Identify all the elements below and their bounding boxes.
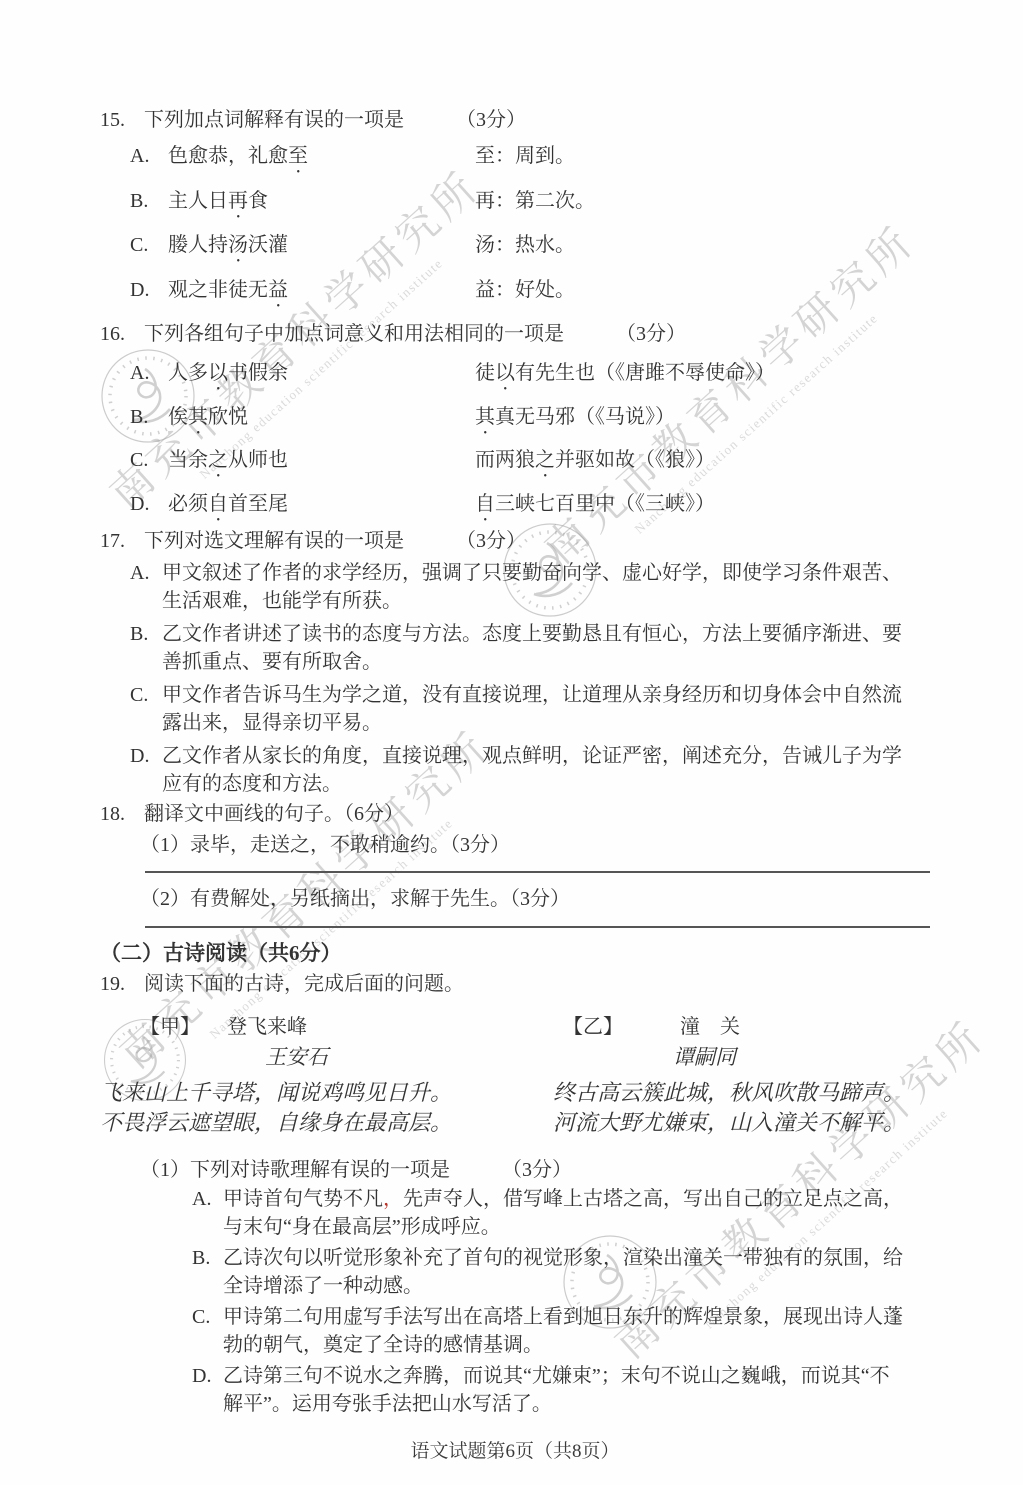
- question-number: 18.: [100, 799, 144, 829]
- question-score: （3分）: [456, 105, 526, 135]
- option-label: B.: [130, 402, 168, 439]
- exam-paper-page: 南充市教育科学研究所 Nanchong education scientific…: [0, 0, 1023, 1485]
- emphasized-char: 以: [208, 362, 228, 384]
- translation-part-1: （1）录毕，走送之，不敢稍逾约。（3分）: [140, 830, 930, 860]
- question-stem: 下列加点词解释有误的一项是: [144, 105, 404, 135]
- option-text: 主人日再食: [168, 186, 268, 223]
- option-block-d: D. 乙诗第三句不说水之奔腾，而说其“尤嫌束”；末句不说山之巍峨，而说其“不解平…: [100, 1362, 906, 1418]
- emphasized-char: 自: [475, 493, 495, 515]
- option-text: 乙诗次句以听觉形象补充了首句的视觉形象，渲染出潼关一带独有的氛围，给全诗增添了一…: [223, 1247, 903, 1297]
- page-content: 15. 下列加点词解释有误的一项是 （3分） A.色愈恭，礼愈至 至：周到。 B…: [0, 0, 1023, 1466]
- option-label: A.: [130, 358, 168, 395]
- option-label: C.: [192, 1303, 210, 1331]
- option-label: D.: [130, 742, 149, 771]
- question-score: （3分）: [616, 319, 686, 349]
- page-footer: 语文试题第6页（共8页）: [100, 1438, 930, 1466]
- question-stem: 下列各组句子中加点词意义和用法相同的一项是: [144, 319, 564, 349]
- option-row-a: A.人多以书假余 徒以有先生也（《唐雎不辱使命》）: [130, 358, 930, 395]
- poem-line: 不畏浮云遮望眼，自缘身在最高层。: [100, 1108, 533, 1138]
- answer-line: [145, 871, 930, 873]
- option-text: 甲诗第二句用虚写手法写出在高塔上看到旭日东升的辉煌景象，展现出诗人蓬勃的朝气，奠…: [223, 1306, 903, 1356]
- option-block-a: A. 甲文叙述了作者的求学经历，强调了只要勤奋向学、虚心好学，即使学习条件艰苦、…: [100, 559, 904, 616]
- option-block-a: A. 甲诗首句气势不凡，先声夺人，借写峰上古塔之高，写出自己的立足点之高，与末句…: [100, 1185, 906, 1241]
- comparison-text: 其真无马邪（《马说》）: [475, 402, 930, 439]
- option-text: 人多以书假余: [168, 358, 288, 395]
- section-heading: （二）古诗阅读（共6分）: [100, 937, 930, 969]
- option-row-c: C.媵人持汤沃灌 汤：热水。: [130, 230, 930, 267]
- answer-line: [145, 926, 930, 928]
- option-block-b: B. 乙文作者讲述了读书的态度与方法。态度上要勤恳且有恒心，方法上要循序渐进、要…: [100, 620, 904, 677]
- question-number: 19.: [100, 969, 144, 999]
- question-stem: 下列对选文理解有误的一项是: [144, 526, 404, 556]
- option-label: C.: [130, 230, 168, 267]
- question-19-head: 19. 阅读下面的古诗，完成后面的问题。: [100, 969, 930, 999]
- poem-author: 王安石: [265, 1042, 533, 1072]
- question-score: （3分）: [502, 1155, 572, 1185]
- definition-text: 益：好处。: [475, 275, 930, 312]
- option-block-b: B. 乙诗次句以听觉形象补充了首句的视觉形象，渲染出潼关一带独有的氛围，给全诗增…: [100, 1244, 906, 1300]
- definition-text: 汤：热水。: [475, 230, 930, 267]
- option-block-c: C. 甲诗第二句用虚写手法写出在高塔上看到旭日东升的辉煌景象，展现出诗人蓬勃的朝…: [100, 1303, 906, 1359]
- sub-question-stem: 下列对诗歌理解有误的一项是: [190, 1155, 450, 1185]
- emphasized-char: 再: [228, 190, 248, 212]
- option-text: 乙文作者从家长的角度，直接说理，观点鲜明，论证严密，阐述充分，告诫儿子为学应有的…: [162, 745, 902, 796]
- option-label: D.: [130, 275, 168, 312]
- option-block-d: D. 乙文作者从家长的角度，直接说理，观点鲜明，论证严密，阐述充分，告诫儿子为学…: [100, 742, 904, 799]
- question-number: 17.: [100, 526, 144, 556]
- option-label: B.: [192, 1244, 210, 1272]
- question-19-sub1-head: （1） 下列对诗歌理解有误的一项是 （3分）: [140, 1155, 930, 1185]
- option-text: 俟其欣悦: [168, 402, 248, 439]
- option-text: 甲文叙述了作者的求学经历，强调了只要勤奋向学、虚心好学，即使学习条件艰苦、生活艰…: [162, 562, 902, 613]
- question-18-head: 18. 翻译文中画线的句子。（6分）: [100, 799, 930, 829]
- option-text: 乙诗第三句不说水之奔腾，而说其“尤嫌束”；末句不说山之巍峨，而说其“不解平”。运…: [223, 1365, 890, 1415]
- emphasized-char: 其: [475, 406, 495, 428]
- emphasized-char: 至: [288, 145, 308, 167]
- question-15-head: 15. 下列加点词解释有误的一项是 （3分）: [100, 105, 930, 135]
- question-number: 16.: [100, 319, 144, 349]
- option-row-b: B.俟其欣悦 其真无马邪（《马说》）: [130, 402, 930, 439]
- poem-line: 飞来山上千寻塔，闻说鸡鸣见日升。: [100, 1078, 533, 1108]
- emphasized-char: 其: [188, 406, 208, 428]
- option-label: A.: [130, 559, 149, 588]
- question-17-options: A. 甲文叙述了作者的求学经历，强调了只要勤奋向学、虚心好学，即使学习条件艰苦、…: [100, 559, 930, 799]
- option-label: C.: [130, 681, 148, 710]
- option-label: D.: [192, 1362, 211, 1390]
- sub-question-label: （1）: [140, 1155, 190, 1185]
- emphasized-char: 汤: [228, 234, 248, 256]
- option-label: D.: [130, 489, 168, 526]
- translation-part-2: （2）有费解处，另纸摘出，求解于先生。（3分）: [140, 884, 930, 914]
- question-15-options: A.色愈恭，礼愈至 至：周到。 B.主人日再食 再：第二次。 C.媵人持汤沃灌 …: [100, 141, 930, 312]
- comparison-text: 而两狼之并驱如故（《狼》）: [475, 445, 930, 482]
- question-score: （3分）: [456, 526, 526, 556]
- option-text: 观之非徒无益: [168, 275, 288, 312]
- definition-text: 至：周到。: [475, 141, 930, 178]
- option-label: A.: [192, 1185, 211, 1213]
- poem-author: 谭嗣同: [673, 1042, 930, 1072]
- poem-title: 登飞来峰: [227, 1012, 307, 1042]
- option-text: 媵人持汤沃灌: [168, 230, 288, 267]
- question-stem: 翻译文中画线的句子。（6分）: [144, 799, 404, 829]
- option-block-c: C. 甲文作者告诉马生为学之道，没有直接说理，让道理从亲身经历和切身体会中自然流…: [100, 681, 904, 738]
- poem-line: 河流大野尤嫌束，山入潼关不解平。: [553, 1108, 930, 1138]
- emphasized-char: 之: [208, 449, 228, 471]
- option-text: 色愈恭，礼愈至: [168, 141, 308, 178]
- comparison-text: 自三峡七百里中（《三峡》）: [475, 489, 930, 526]
- poem-title: 潼 关: [680, 1012, 740, 1042]
- option-row-d: D.观之非徒无益 益：好处。: [130, 275, 930, 312]
- red-comma: ，: [383, 1188, 403, 1210]
- question-16-head: 16. 下列各组句子中加点词意义和用法相同的一项是 （3分）: [100, 319, 930, 349]
- emphasized-char: 自: [208, 493, 228, 515]
- poem-line: 终古高云簇此城，秋风吹散马蹄声。: [553, 1078, 930, 1108]
- definition-text: 再：第二次。: [475, 186, 930, 223]
- emphasized-char: 之: [535, 449, 555, 471]
- comparison-text: 徒以有先生也（《唐雎不辱使命》）: [475, 358, 930, 395]
- poem-tag: 【甲】: [140, 1012, 200, 1042]
- option-label: C.: [130, 445, 168, 482]
- option-row-a: A.色愈恭，礼愈至 至：周到。: [130, 141, 930, 178]
- option-label: B.: [130, 186, 168, 223]
- question-16-options: A.人多以书假余 徒以有先生也（《唐雎不辱使命》） B.俟其欣悦 其真无马邪（《…: [100, 358, 930, 526]
- poem-tag: 【乙】: [563, 1012, 623, 1042]
- option-label: B.: [130, 620, 148, 649]
- question-stem: 阅读下面的古诗，完成后面的问题。: [144, 969, 464, 999]
- question-17-head: 17. 下列对选文理解有误的一项是 （3分）: [100, 526, 930, 556]
- emphasized-char: 益: [268, 279, 288, 301]
- option-label: A.: [130, 141, 168, 178]
- emphasized-char: 以: [495, 362, 515, 384]
- option-row-d: D.必须自首至尾 自三峡七百里中（《三峡》）: [130, 489, 930, 526]
- poem-yi: 【乙】 潼 关 谭嗣同 终古高云簇此城，秋风吹散马蹄声。 河流大野尤嫌束，山入潼…: [533, 1012, 930, 1138]
- question-19-sub1-options: A. 甲诗首句气势不凡，先声夺人，借写峰上古塔之高，写出自己的立足点之高，与末句…: [100, 1185, 930, 1418]
- option-text: 必须自首至尾: [168, 489, 288, 526]
- poem-pair: 【甲】 登飞来峰 王安石 飞来山上千寻塔，闻说鸡鸣见日升。 不畏浮云遮望眼，自缘…: [100, 1012, 930, 1138]
- option-row-b: B.主人日再食 再：第二次。: [130, 186, 930, 223]
- option-text: 甲文作者告诉马生为学之道，没有直接说理，让道理从亲身经历和切身体会中自然流露出来…: [162, 684, 902, 735]
- option-text: 乙文作者讲述了读书的态度与方法。态度上要勤恳且有恒心，方法上要循序渐进、要善抓重…: [162, 623, 902, 674]
- option-text: 当余之从师也: [168, 445, 288, 482]
- question-number: 15.: [100, 105, 144, 135]
- option-row-c: C.当余之从师也 而两狼之并驱如故（《狼》）: [130, 445, 930, 482]
- option-text: 甲诗首句气势不凡，先声夺人，借写峰上古塔之高，写出自己的立足点之高，与末句“身在…: [223, 1188, 903, 1238]
- poem-jia: 【甲】 登飞来峰 王安石 飞来山上千寻塔，闻说鸡鸣见日升。 不畏浮云遮望眼，自缘…: [100, 1012, 533, 1138]
